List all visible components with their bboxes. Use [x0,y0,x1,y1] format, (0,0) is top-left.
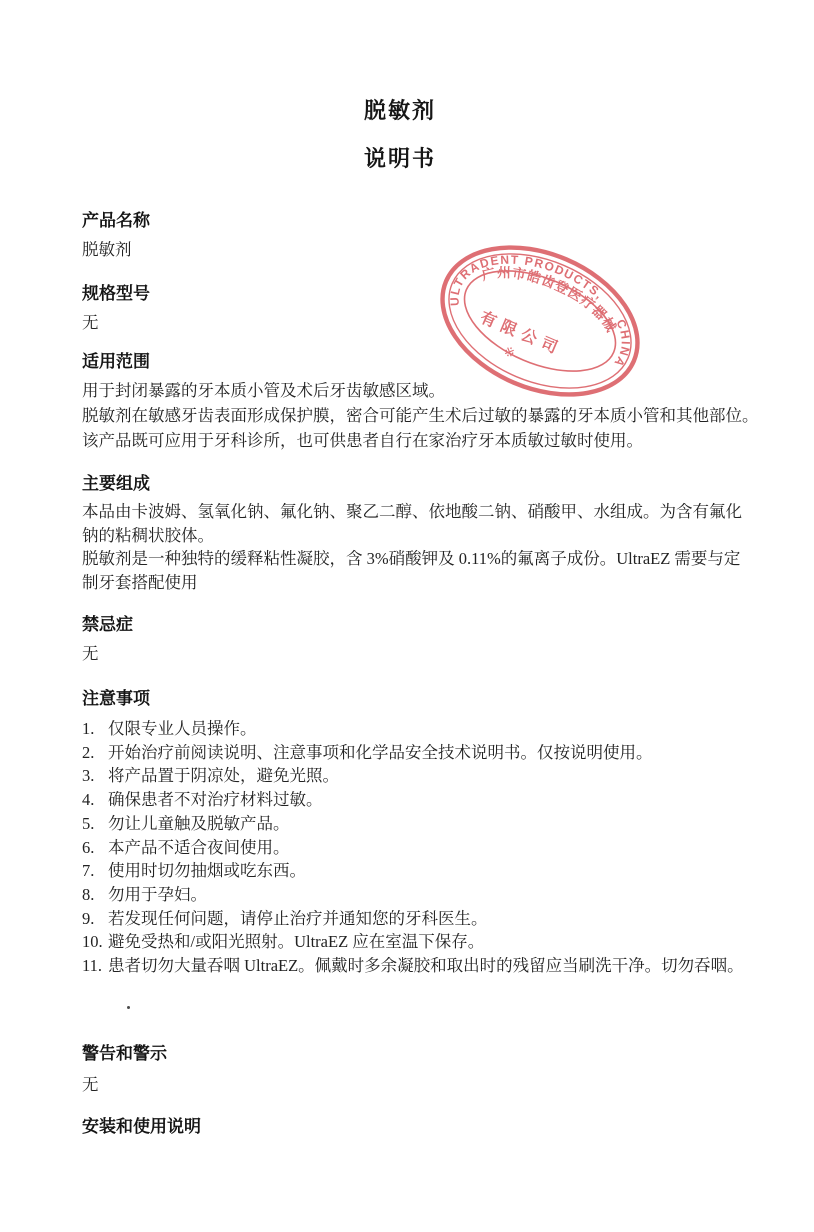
list-item-number: 4. [82,788,108,812]
list-item-text: 使用时切勿抽烟或吃东西。 [108,859,306,883]
section-warnings: 警告和警示 无 [82,1044,750,1097]
body-line: 制牙套搭配使用 [82,571,750,595]
list-item: 4. 确保患者不对治疗材料过敏。 [82,788,750,812]
list-item: 5. 勿让儿童触及脱敏产品。 [82,812,750,836]
list-item: 6. 本产品不适合夜间使用。 [82,836,750,860]
list-item-number: 5. [82,812,108,836]
company-stamp: ULTRADENT PRODUCTS, CHINA 广州市皓齿登医疗器械 有限公… [430,236,650,408]
section-precautions: 注意事项 1. 仅限专业人员操作。 2. 开始治疗前阅读说明、注意事项和化学品安… [82,689,750,978]
document-title: 脱敏剂 [0,94,800,125]
list-item-text: 患者切勿大量吞咽 UltraEZ。佩戴时多余凝胶和取出时的残留应当刷洗干净。切勿… [108,954,744,978]
section-body: 无 [82,1072,750,1097]
list-item-number: 9. [82,907,108,931]
list-item-text: 若发现任何问题，请停止治疗并通知您的牙科医生。 [108,907,488,931]
list-item-number: 11. [82,954,108,978]
section-heading: 产品名称 [82,211,750,231]
scan-speck-dot [127,1006,130,1009]
list-item-number: 3. [82,764,108,788]
list-item: 11. 患者切勿大量吞咽 UltraEZ。佩戴时多余凝胶和取出时的残留应当刷洗干… [82,954,750,978]
stamp-star-mark: ※ [501,343,517,361]
section-heading: 警告和警示 [82,1044,750,1064]
list-item-text: 避免受热和/或阳光照射。UltraEZ 应在室温下保存。 [108,930,484,954]
body-line: 该产品既可应用于牙科诊所，也可供患者自行在家治疗牙本质敏过敏时使用。 [82,428,750,453]
list-item-number: 6. [82,836,108,860]
list-item: 3. 将产品置于阴凉处，避免光照。 [82,764,750,788]
list-item-text: 勿让儿童触及脱敏产品。 [108,812,290,836]
list-item-text: 仅限专业人员操作。 [108,717,257,741]
list-item-number: 7. [82,859,108,883]
body-line: 钠的粘稠状胶体。 [82,524,750,548]
list-item-text: 开始治疗前阅读说明、注意事项和化学品安全技术说明书。仅按说明使用。 [108,741,653,765]
document-subtitle: 说明书 [0,142,800,173]
section-body: 无 [82,641,750,666]
section-heading: 禁忌症 [82,615,750,635]
list-item-number: 10. [82,930,108,954]
list-item: 10. 避免受热和/或阳光照射。UltraEZ 应在室温下保存。 [82,930,750,954]
list-item-text: 勿用于孕妇。 [108,883,207,907]
body-line: 本品由卡波姆、氢氧化钠、氟化钠、聚乙二醇、依地酸二钠、硝酸甲、水组成。为含有氟化 [82,500,750,524]
section-heading: 注意事项 [82,689,750,709]
list-item-number: 8. [82,883,108,907]
list-item: 8. 勿用于孕妇。 [82,883,750,907]
section-composition: 主要组成 本品由卡波姆、氢氧化钠、氟化钠、聚乙二醇、依地酸二钠、硝酸甲、水组成。… [82,474,750,594]
list-item-text: 确保患者不对治疗材料过敏。 [108,788,323,812]
section-contraindications: 禁忌症 无 [82,615,750,666]
list-item: 2. 开始治疗前阅读说明、注意事项和化学品安全技术说明书。仅按说明使用。 [82,741,750,765]
list-item-number: 1. [82,717,108,741]
document-page: 脱敏剂 说明书 产品名称 脱敏剂 规格型号 无 适用范围 用于封闭暴露的牙本质小… [0,0,814,1232]
stamp-company-suffix: 有限公司 [478,307,566,359]
section-heading: 主要组成 [82,474,750,494]
body-line: 脱敏剂是一种独特的缓释粘性凝胶，含 3%硝酸钾及 0.11%的氟离子成份。Ult… [82,547,750,571]
list-item: 1. 仅限专业人员操作。 [82,717,750,741]
list-item-text: 本产品不适合夜间使用。 [108,836,290,860]
section-heading: 安装和使用说明 [82,1117,750,1137]
section-installation: 安装和使用说明 [82,1117,750,1143]
list-item: 7. 使用时切勿抽烟或吃东西。 [82,859,750,883]
list-item-number: 2. [82,741,108,765]
list-item-text: 将产品置于阴凉处，避免光照。 [108,764,339,788]
list-item: 9. 若发现任何问题，请停止治疗并通知您的牙科医生。 [82,907,750,931]
